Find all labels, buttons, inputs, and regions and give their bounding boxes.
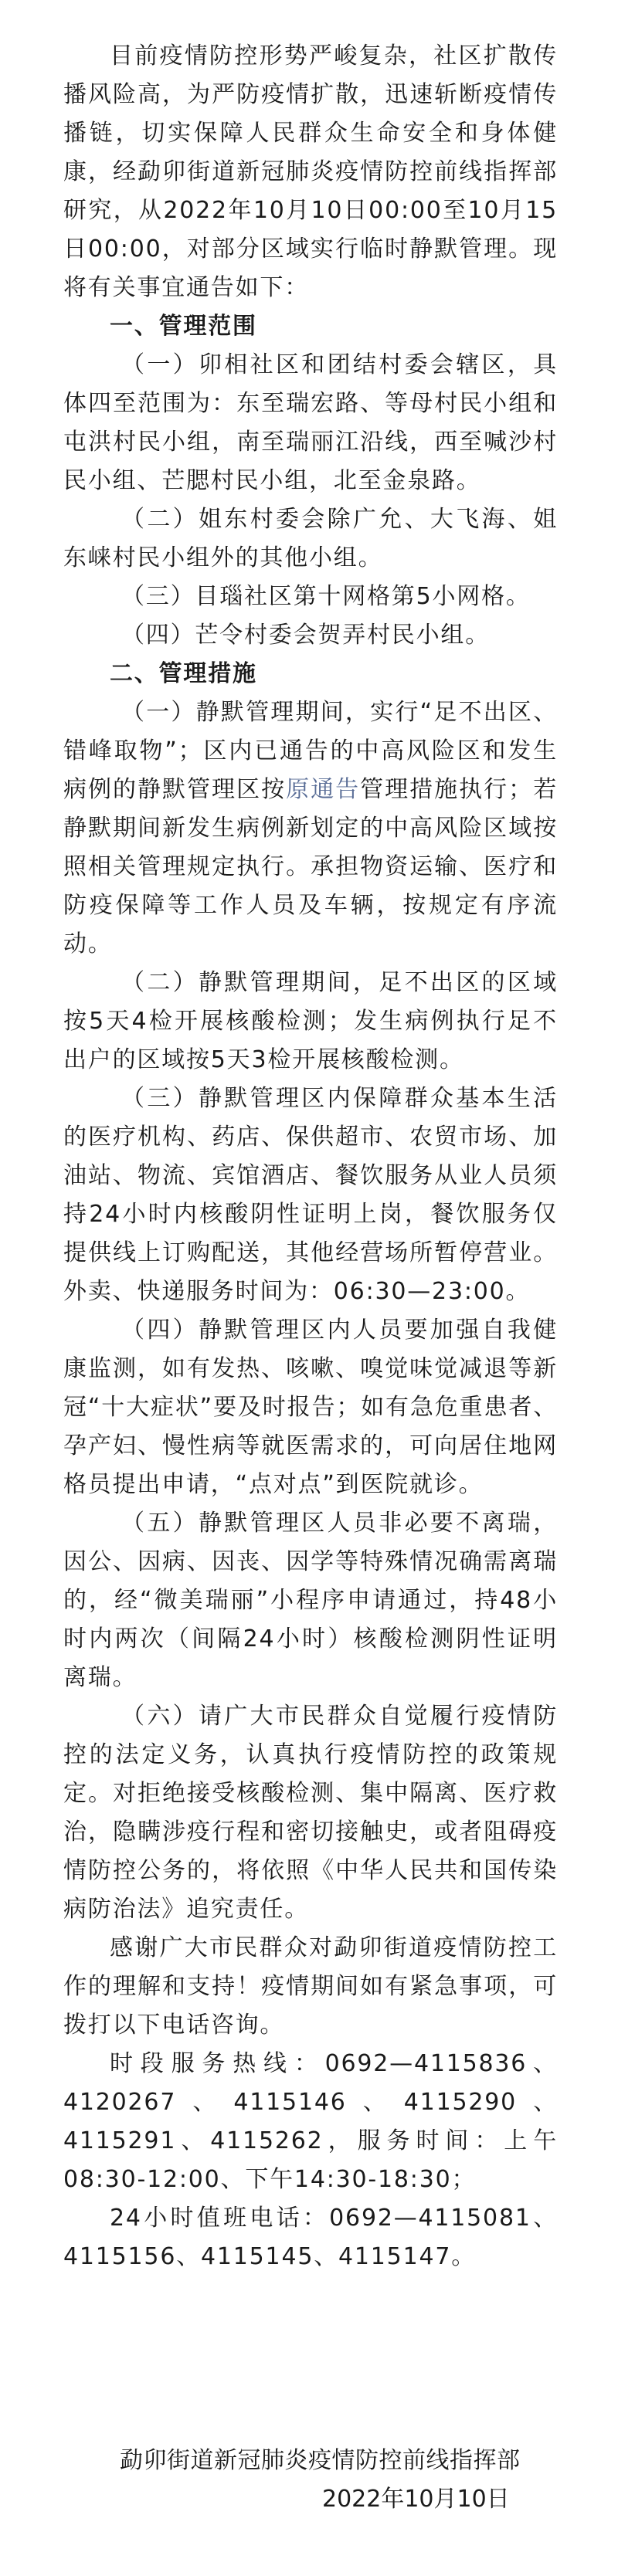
hotline-paragraph: 时段服务热线：0692—4115836、4120267、4115146、4115… (63, 2045, 558, 2199)
signature-organization: 勐卯街道新冠肺炎疫情防控前线指挥部 (120, 2442, 556, 2480)
section-heading-measures: 二、管理措施 (63, 655, 558, 693)
measure-item-1: （一）静默管理期间，实行“足不出区、错峰取物”；区内已通告的中高风险区和发生病例… (63, 693, 558, 964)
section-heading-scope: 一、管理范围 (63, 307, 558, 346)
original-notice-link[interactable]: 原通告 (286, 776, 360, 803)
scope-item-4: （四）芒令村委会贺弄村民小组。 (63, 616, 558, 655)
scope-item-3: （三）目瑙社区第十网格第5小网格。 (63, 578, 558, 616)
notice-body: 目前疫情防控形势严峻复杂，社区扩散传播风险高，为严防疫情扩散，迅速斩断疫情传播链… (63, 37, 558, 2276)
measure-item-2: （二）静默管理期间，足不出区的区域按5天4检开展核酸检测；发生病例执行足不出户的… (63, 964, 558, 1080)
measure-item-1-text-b: 管理措施执行；若静默期间新发生病例新划定的中高风险区域按照相关管理规定执行。承担… (63, 776, 558, 958)
duty-phone-paragraph: 24小时值班电话：0692—4115081、4115156、4115145、41… (63, 2199, 558, 2276)
measure-item-3: （三）静默管理区内保障群众基本生活的医疗机构、药店、保供超市、农贸市场、加油站、… (63, 1080, 558, 1311)
scope-item-2: （二）姐东村委会除广允、大飞海、姐东崃村民小组外的其他小组。 (63, 500, 558, 578)
scope-item-1: （一）卯相社区和团结村委会辖区，具体四至范围为：东至瑞宏路、等母村民小组和屯洪村… (63, 346, 558, 500)
signature-date: 2022年10月10日 (322, 2480, 510, 2519)
measure-item-4: （四）静默管理区内人员要加强自我健康监测，如有发热、咳嗽、嗅觉味觉减退等新冠“十… (63, 1311, 558, 1504)
measure-item-5: （五）静默管理区人员非必要不离瑞，因公、因病、因丧、因学等特殊情况确需离瑞的，经… (63, 1504, 558, 1697)
measure-item-6: （六）请广大市民群众自觉履行疫情防控的法定义务，认真执行疫情防控的政策规定。对拒… (63, 1697, 558, 1929)
intro-paragraph: 目前疫情防控形势严峻复杂，社区扩散传播风险高，为严防疫情扩散，迅速斩断疫情传播链… (63, 37, 558, 307)
thanks-paragraph: 感谢广大市民群众对勐卯街道疫情防控工作的理解和支持！疫情期间如有紧急事项，可拨打… (63, 1929, 558, 2045)
